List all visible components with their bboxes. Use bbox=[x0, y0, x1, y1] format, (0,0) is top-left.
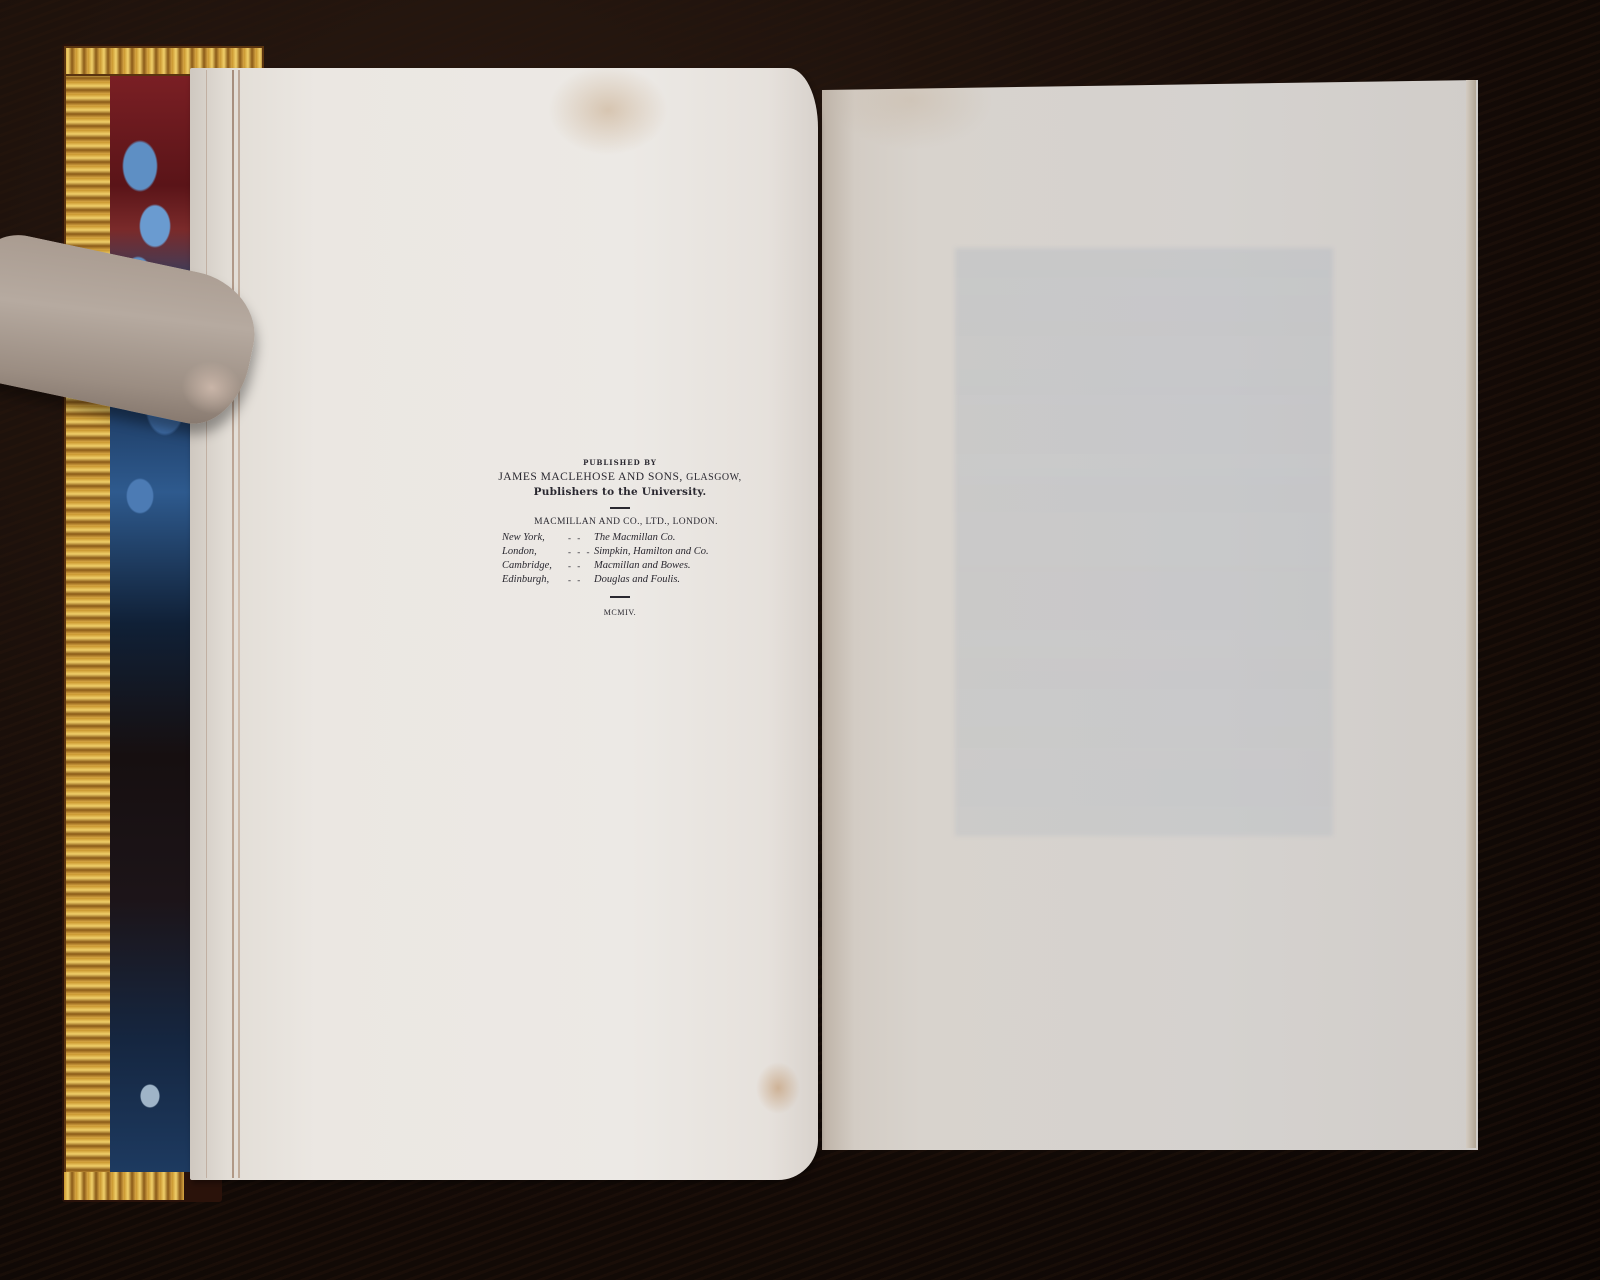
agents-list: New York, - - The Macmillan Co. London, … bbox=[502, 531, 770, 587]
agent-city: Edinburgh, bbox=[502, 573, 568, 587]
agent-name: Douglas and Foulis. bbox=[594, 573, 680, 587]
publisher-city: GLASGOW, bbox=[686, 472, 742, 483]
divider-rule bbox=[610, 596, 630, 598]
agent-leader: - - - bbox=[568, 545, 594, 559]
agent-name: The Macmillan Co. bbox=[594, 531, 675, 545]
agent-name: Simpkin, Hamilton and Co. bbox=[594, 545, 709, 559]
publisher-title: Publishers to the University. bbox=[470, 486, 770, 498]
published-by-label: PUBLISHED BY bbox=[470, 458, 770, 467]
agent-leader: - - bbox=[568, 573, 594, 587]
agent-row: Edinburgh, - - Douglas and Foulis. bbox=[502, 573, 770, 587]
agent-row: London, - - - Simpkin, Hamilton and Co. bbox=[502, 545, 770, 559]
divider-rule bbox=[610, 507, 630, 509]
marbled-endpaper bbox=[110, 76, 190, 1172]
publication-year: MCMIV. bbox=[470, 608, 770, 617]
gutter-line bbox=[232, 70, 234, 1178]
agent-city: London, bbox=[502, 545, 568, 559]
verso-imprint-page[interactable] bbox=[190, 68, 818, 1180]
gilt-border-bottom bbox=[64, 1172, 184, 1200]
agent-city: New York, bbox=[502, 531, 568, 545]
co-publisher: MACMILLAN AND CO., LTD., LONDON. bbox=[482, 517, 770, 527]
gutter-line bbox=[238, 70, 240, 1178]
gutter-line bbox=[206, 70, 207, 1178]
imprint-block: PUBLISHED BY JAMES MACLEHOSE AND SONS, G… bbox=[470, 458, 770, 617]
agent-row: Cambridge, - - Macmillan and Bowes. bbox=[502, 559, 770, 573]
agent-city: Cambridge, bbox=[502, 559, 568, 573]
agent-row: New York, - - The Macmillan Co. bbox=[502, 531, 770, 545]
publisher-firm: JAMES MACLEHOSE AND SONS, bbox=[498, 471, 682, 483]
agent-name: Macmillan and Bowes. bbox=[594, 559, 691, 573]
agent-leader: - - bbox=[568, 559, 594, 573]
publisher-name: JAMES MACLEHOSE AND SONS, GLASGOW, bbox=[470, 471, 770, 483]
frontispiece-show-through bbox=[955, 248, 1333, 836]
agent-leader: - - bbox=[568, 531, 594, 545]
page-fore-edge bbox=[1466, 80, 1476, 1148]
